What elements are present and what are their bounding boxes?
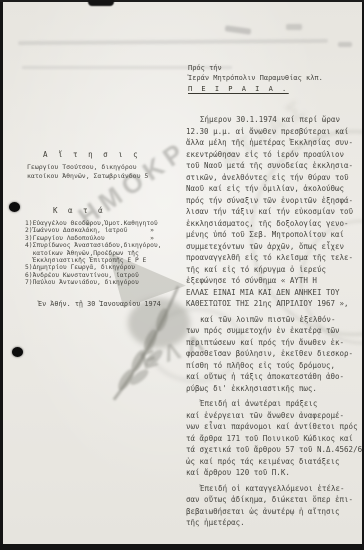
text-line: στικῶν, ἀνελθόντες εἰς τήν θύραν τοῦ bbox=[186, 172, 362, 184]
scan-border-mark bbox=[88, 0, 114, 6]
text-line: 5)Δημητρίου Γεωργᾶ, δικηγόρου bbox=[25, 264, 190, 271]
text-line: καί ἄρθρου 120 τοῦ Π.Κ. bbox=[186, 467, 362, 479]
text-line: τά σχετικά τοῦ ἄρθρου 57 τοῦ Ν.Δ.4562/66 bbox=[186, 444, 362, 456]
scan-border-bottom bbox=[0, 544, 364, 550]
recipient-to: Πρός τήν bbox=[188, 63, 360, 73]
respondents-list: 1)Εὐαγγέλου Θεοδώρου,Ὁμοτ.Καθηγητοῦ2)Ἰωά… bbox=[25, 220, 190, 287]
applicant-block: Γεωργίου Τσούτσου, δικηγόρουκατοίκου Ἀθη… bbox=[27, 163, 187, 181]
text-line: κατοίκου Ἀθηνῶν, Σατωβριάνδου 5 bbox=[27, 172, 187, 181]
text-line: ΕΛΛΑΣ ΕΙΝΑΙ ΜΙΑ ΚΑΙ ΔΕΝ ΑΝΗΚΕΙ ΤΟΥ bbox=[186, 287, 362, 299]
punch-hole bbox=[9, 202, 20, 212]
text-line: περιπτώσεων καί πρός τήν ἄνωθεν ἐκ- bbox=[186, 337, 362, 349]
text-line: πρός τήν σύναξιν τῶν ἐνοριτῶν ἐξησφά- bbox=[186, 195, 362, 207]
text-line: 12.30 μ.μ. αἱ ἄνωθεν πρεσβύτεραι καί bbox=[186, 126, 362, 138]
text-line: κατοίκων Ἀθηνῶν,Προέδρων τῆς bbox=[25, 250, 190, 257]
text-line: μένης ὑπό τοῦ Σεβ. Μητροπολίτου καί bbox=[186, 229, 362, 241]
recipient-block: Πρός τήν Ἱεράν Μητρόπολιν Παραμυθίας κλπ… bbox=[188, 63, 360, 94]
pencil-mark bbox=[338, 42, 352, 47]
text-line: προαναγγελθῆ εἰς τό κλεῖσμα τῆς τελε- bbox=[186, 252, 362, 264]
body-paragraph: Ἐπειδή οἱ καταγγελλόμενοι ἐτέλε-σαν οὕτω… bbox=[186, 483, 362, 529]
text-line: νων εἶναι παράνομοι καί ἀντίθετοι πρός bbox=[186, 421, 362, 433]
body-text-column: Σήμερον 30.1.1974 καί περί ὥραν12.30 μ.μ… bbox=[186, 114, 362, 533]
text-line: Ἐπειδή αἱ ἀνωτέραι πράξεις bbox=[200, 398, 362, 410]
pencil-mark bbox=[225, 25, 252, 35]
text-line: καί ἐνέργειαι τῶν ἄνωθεν ἀναφερομέ- bbox=[186, 410, 362, 422]
dateline: Ἐν Ἀθήν. τῇ 30 Ἰανουαρίου 1974 bbox=[38, 300, 161, 308]
text-line: 4)Σπυρίδωνος Ἀναστασιάδου,δικηγόρου, bbox=[25, 242, 190, 249]
pencil-mark bbox=[18, 39, 328, 45]
text-line: καί τῶν λοιπῶν πιστῶν ἐξελθόν- bbox=[200, 314, 362, 326]
text-line: ἄλλα μέλη τῆς ἡμετέρας Ἐκκλησίας συν- bbox=[186, 137, 362, 149]
text-line: ἐξεφώνησε τό σύνθημα « ΑΥΤΗ Η bbox=[186, 275, 362, 287]
scan-border-top bbox=[0, 0, 364, 2]
text-line: τῆς ἡμετέρας. bbox=[186, 517, 362, 529]
text-line: εκεντρώθησαν εἰς τό ἱερόν προαύλιον bbox=[186, 149, 362, 161]
text-line: των πρός συμμετοχήν ἐν ἑκατέρᾳ τῶν bbox=[186, 325, 362, 337]
petition-heading: Α ἴ τ η σ ι ς bbox=[43, 150, 141, 159]
text-line: Ναοῦ καί εἰς τήν ὁμιλίαν, ἀκολούθως bbox=[186, 183, 362, 195]
text-line: Γεωργίου Τσούτσου, δικηγόρου bbox=[27, 163, 187, 172]
text-line: ΚΑΘΕΣΤΩΤΟΣ ΤΗΣ 21ης ΑΠΡΙΛΙΟΥ 1967 », bbox=[186, 298, 362, 310]
body-paragraph: Ἐπειδή αἱ ἀνωτέραι πράξειςκαί ἐνέργειαι … bbox=[186, 398, 362, 479]
text-line: συμμετεχόντων τῶν ἀρχῶν, ὅπως εἶχεν bbox=[186, 241, 362, 253]
text-line: ἐκκλησιάσματος, τῆς δοξολογίας γενο- bbox=[186, 218, 362, 230]
text-line: ρύβως δι' ἐκκλησιαστικῆς πως. bbox=[186, 383, 362, 395]
text-line: τοῦ Ναοῦ μετά τῆς συνοδείας ἐκκλησια- bbox=[186, 160, 362, 172]
text-line: 2)Ἰωάννου Δασκαλάκη, ἰατροῦ » bbox=[25, 227, 190, 234]
text-line: 7)Παύλου Ἀντωνιάδου, δικηγόρου bbox=[25, 279, 190, 286]
punch-hole bbox=[12, 347, 23, 357]
text-line: Σήμερον 30.1.1974 καί περί ὥραν bbox=[200, 114, 362, 126]
scan-border-left bbox=[0, 0, 3, 550]
body-paragraph: Σήμερον 30.1.1974 καί περί ὥραν12.30 μ.μ… bbox=[186, 114, 362, 310]
scanned-document-page: ΗΜΟΚΡ ΑΤΙΑΣ ΕΛΛ Πρός τήν Ἱεράν Μητρόπολι… bbox=[0, 0, 364, 550]
text-line: τῆς καί εἰς τό κήρυγμα ὁ ἱερεύς bbox=[186, 264, 362, 276]
text-line: ὡς καί πρός τάς κειμένας διατάξεις bbox=[186, 456, 362, 468]
pencil-mark bbox=[286, 24, 302, 30]
text-line: Ἐπειδή οἱ καταγγελλόμενοι ἐτέλε- bbox=[200, 483, 362, 495]
recipient-city: Π Ε Ι Ρ Α Ι Α . bbox=[188, 84, 360, 94]
against-label: Κ α τ ά bbox=[53, 206, 106, 215]
text-line: βεβαιωθήσεται ὡς ἀνωτέρῳ ἡ αἴτησις bbox=[186, 506, 362, 518]
text-line: πίσθη τό πλῆθος εἰς τούς δρόμους, bbox=[186, 360, 362, 372]
text-line: σαν οὕτως ἀδίκημα, διώκεται ὅπερ ἐπι- bbox=[186, 494, 362, 506]
text-line: καί οὕτως ἡ τάξις ἀποκατεστάθη ἀθο- bbox=[186, 371, 362, 383]
text-line: λισαν τήν τάξιν καί τήν εὐκοσμίαν τοῦ bbox=[186, 206, 362, 218]
text-line: φρασθεῖσαν βούλησιν, ἐκεῖθεν διεσκορ- bbox=[186, 348, 362, 360]
recipient-name: Ἱεράν Μητρόπολιν Παραμυθίας κλπ. bbox=[188, 73, 360, 83]
text-line: τά ἄρθρα 171 τοῦ Ποινικοῦ Κώδικος καί bbox=[186, 433, 362, 445]
body-paragraph: καί τῶν λοιπῶν πιστῶν ἐξελθόν-των πρός σ… bbox=[186, 314, 362, 395]
